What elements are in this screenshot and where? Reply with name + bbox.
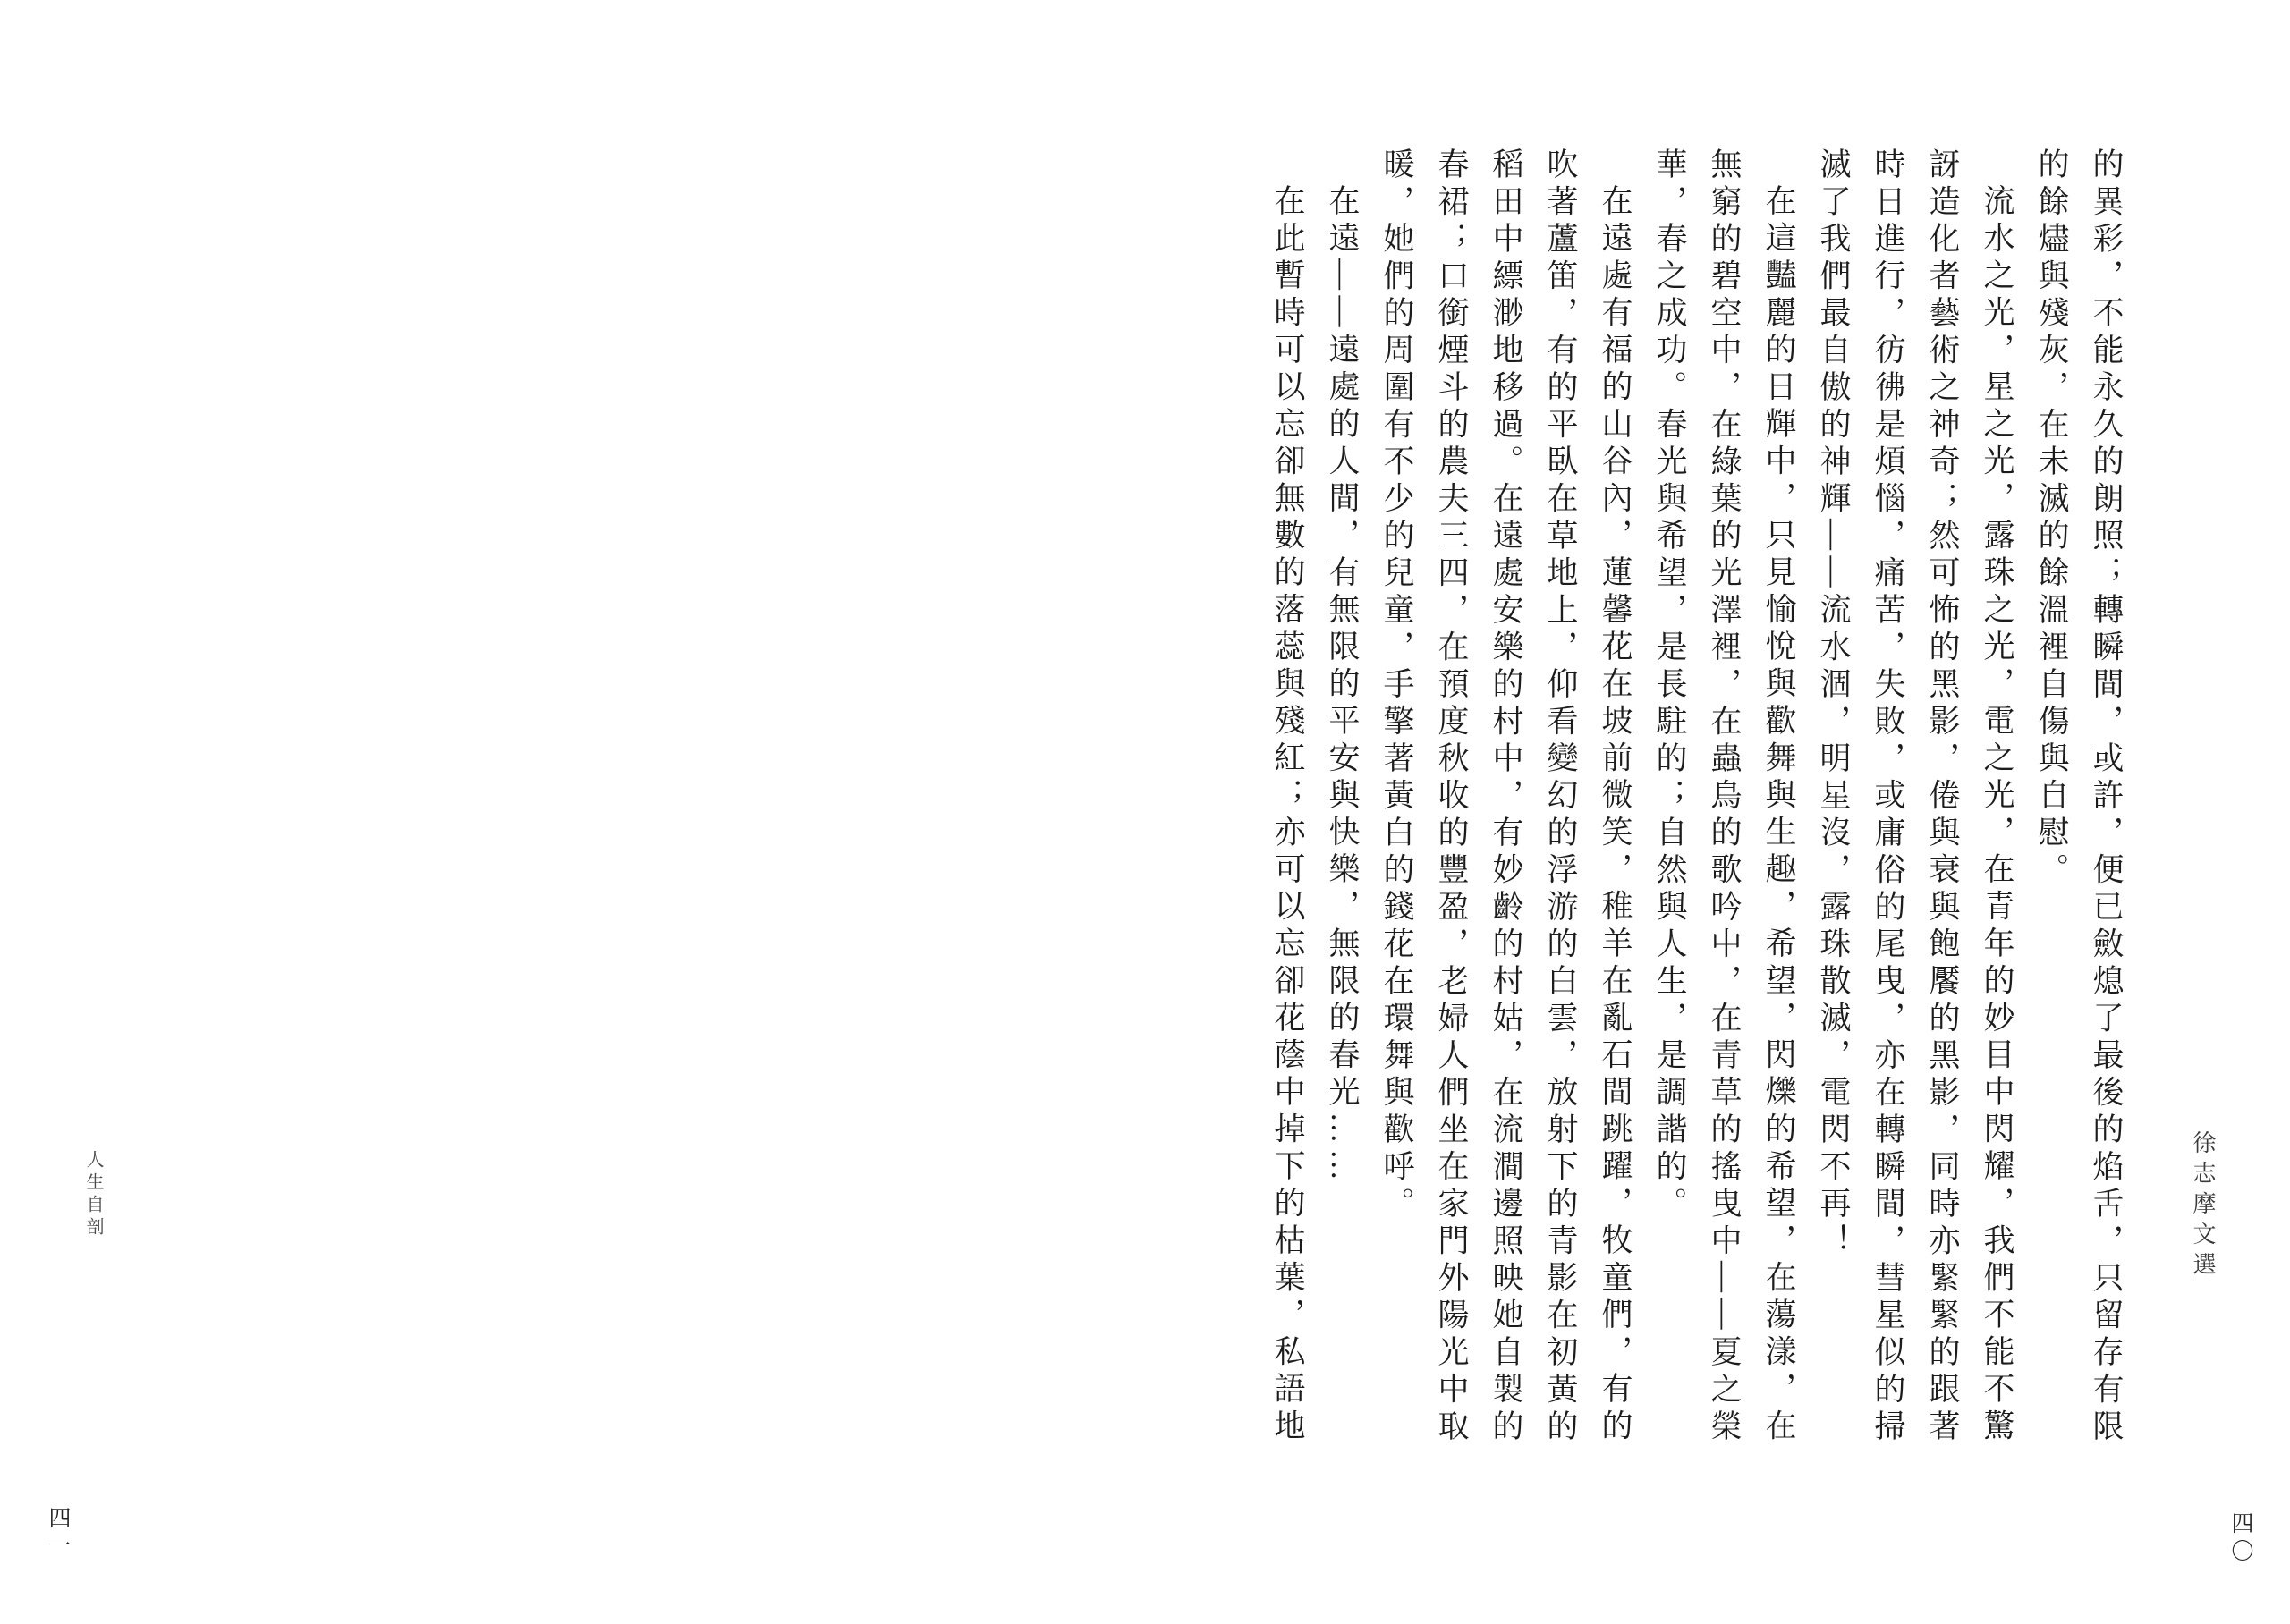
page-left: 預告三秋的情意；亦可以忘卻苦惱的僵瘺的人間，陽光與雨露的殷勤，不能再恢復他們腮頰…: [0, 0, 1145, 1624]
paragraph: 在此暫時可以忘卻無數的落蕊與殘紅；亦可以忘卻花蔭中掉下的枯葉，私語地: [1260, 148, 1315, 1471]
paragraph: 流水之光，星之光，露珠之光，電之光，在青年的妙目中閃耀，我們不能不驚訝造化者藝術…: [1806, 148, 2024, 1471]
page-right-body-text: 的異彩，不能永久的朗照；轉瞬間，或許，便已斂熄了最後的焰舌，只留存有限的餘燼與殘…: [1260, 148, 2133, 1471]
paragraph: 在遠——遠處的人間，有無限的平安與快樂，無限的春光……: [1315, 148, 1370, 1471]
page-number-left: 四一: [41, 1506, 73, 1561]
paragraph: 在遠處有福的山谷內，蓮馨花在坡前微笑，稚羊在亂石間跳躍，牧童們，有的吹著蘆笛，有…: [1370, 148, 1642, 1471]
paragraph: 的異彩，不能永久的朗照；轉瞬間，或許，便已斂熄了最後的焰舌，只留存有限的餘燼與殘…: [2024, 148, 2133, 1471]
page-right: 的異彩，不能永久的朗照；轉瞬間，或許，便已斂熄了最後的焰舌，只留存有限的餘燼與殘…: [1145, 0, 2290, 1624]
running-title-left: 人生自剖: [81, 1150, 106, 1239]
paragraph: 在這豔麗的日輝中，只見愉悅與歡舞與生趣，希望，閃爍的希望，在蕩漾，在無窮的碧空中…: [1642, 148, 1806, 1471]
running-title-right: 徐志摩文選: [2186, 1130, 2219, 1282]
book-spread: 的異彩，不能永久的朗照；轉瞬間，或許，便已斂熄了最後的焰舌，只留存有限的餘燼與殘…: [0, 0, 2290, 1624]
page-number-right: 四〇: [2224, 1511, 2256, 1567]
